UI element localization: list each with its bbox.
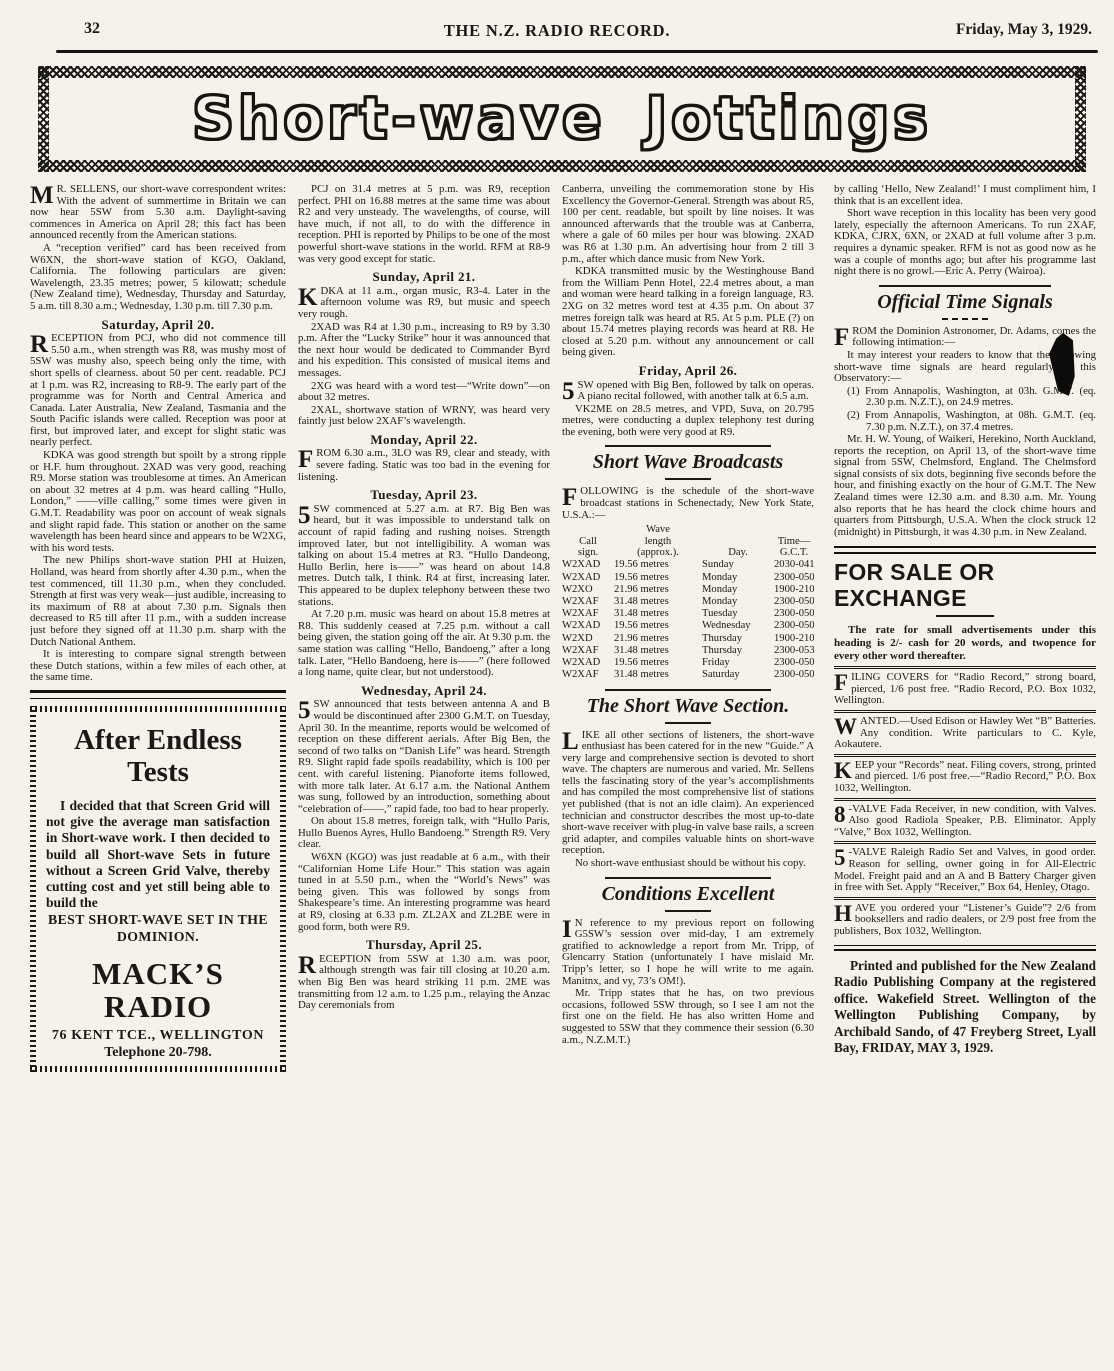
paragraph: RECEPTION from PCJ, who did not commence…: [30, 333, 286, 449]
paragraph: MR. SELLENS, our short-wave corresponden…: [30, 184, 286, 242]
table-cell: Sunday: [702, 559, 774, 571]
table-row: W2XAD19.56 metresSunday2030-0415: [562, 559, 814, 571]
section-rule-short: [665, 910, 711, 912]
page-title: Short-wave Jottings: [38, 84, 1086, 152]
paragraph-text: ECEPTION from PCJ, who did not commence …: [30, 332, 286, 448]
table-cell: Monday: [702, 584, 774, 596]
paragraph: 2XG was heard with a word test—“Write do…: [298, 381, 550, 404]
section-rule-long: [879, 285, 1052, 287]
drop-cap: 5: [562, 380, 578, 402]
table-cell: 2030-0415: [774, 559, 814, 571]
table-cell: 2300-0530: [774, 645, 814, 657]
drop-cap: K: [834, 760, 855, 780]
section-heading-block: Short Wave Broadcasts: [562, 445, 814, 480]
paragraph-text: OLLOWING is the schedule of the short-wa…: [562, 485, 814, 520]
paragraph: 5SW opened with Big Ben, followed by tal…: [562, 380, 814, 403]
section-rule-short: [665, 478, 711, 480]
table-cell: Thursday: [702, 645, 774, 657]
paragraph: A “reception verified” card has been rec…: [30, 243, 286, 313]
classified-ad: 5-VALVE Raleigh Radio Set and Valves, in…: [834, 841, 1096, 893]
table-cell: 2300-0500: [774, 620, 814, 632]
macks-radio-ad: After Endless Tests I decided that that …: [30, 706, 286, 1072]
drop-cap: H: [834, 903, 855, 923]
paragraph-text: R. SELLENS, our short-wave correspondent…: [30, 184, 286, 241]
table-cell: Monday: [702, 596, 774, 608]
zigzag-border-bottom: [38, 160, 1086, 172]
paragraph: KDKA was good strength but spoilt by a s…: [30, 450, 286, 554]
day-heading: Saturday, April 20.: [30, 319, 286, 331]
section-heading-block: Official Time Signals: [834, 285, 1096, 320]
classified-text: -VALVE Fada Receiver, in new condition, …: [834, 803, 1096, 838]
section-heading: Short Wave Broadcasts: [562, 450, 814, 474]
ad-slogan: BEST SHORT-WAVE SET IN THE DOMINION.: [46, 912, 270, 945]
column-3: Canberra, unveiling the commemoration st…: [562, 184, 814, 1370]
ad-body: I decided that that Screen Grid will not…: [46, 798, 270, 911]
table-cell: 31.48 metres: [614, 596, 702, 608]
table-cell: W2XO: [562, 584, 614, 596]
paragraph: W6XN (KGO) was just readable at 6 a.m., …: [298, 852, 550, 933]
newspaper-page: 32 THE N.Z. RADIO RECORD. Friday, May 3,…: [0, 0, 1114, 1371]
divider-rule: [30, 690, 286, 699]
day-heading: Thursday, April 25.: [298, 939, 550, 951]
paragraph: 5SW announced that tests between antenna…: [298, 699, 550, 815]
for-sale-sub-rule: [936, 615, 994, 617]
header-rule: [56, 50, 1098, 53]
column-1: MR. SELLENS, our short-wave corresponden…: [30, 184, 286, 1370]
table-cell: Saturday: [702, 669, 774, 681]
day-heading: Sunday, April 21.: [298, 271, 550, 283]
table-row: W2XAD19.56 metresWednesday2300-0500: [562, 620, 814, 632]
paragraph-text: SW announced that tests between antenna …: [298, 698, 550, 814]
paragraph-text: ROM 6.30 a.m., 3LO was R9, clear and ste…: [298, 447, 550, 482]
paragraph: VK2ME on 28.5 metres, and VPD, Suva, on …: [562, 404, 814, 439]
section-heading: Conditions Excellent: [562, 882, 814, 906]
section-rule-long: [605, 445, 771, 447]
classified-text: ANTED.—Used Edison or Hawley Wet “B” Bat…: [834, 715, 1096, 750]
classified-text: AVE you ordered your “Listener’s Guide”?…: [834, 902, 1096, 937]
table-cell: 2300-0500: [774, 657, 814, 669]
drop-cap: W: [834, 716, 860, 736]
classified-ad: 8-VALVE Fada Receiver, in new condition,…: [834, 798, 1096, 839]
section-heading: Official Time Signals: [834, 290, 1096, 314]
section-rule-long: [605, 877, 771, 879]
zigzag-border-top: [38, 66, 1086, 78]
classified-text: ILING COVERS for “Radio Record,” strong …: [834, 671, 1096, 706]
drop-cap: M: [30, 184, 57, 206]
paragraph: Mr. Tripp states that he has, on two pre…: [562, 988, 814, 1046]
paragraph: KDKA at 11 a.m., organ music, R3-4. Late…: [298, 286, 550, 321]
table-cell: 31.48 metres: [614, 608, 702, 620]
section-heading-block: Conditions Excellent: [562, 877, 814, 912]
table-cell: 21.96 metres: [614, 584, 702, 596]
table-cell: 1900-2100: [774, 584, 814, 596]
day-heading: Monday, April 22.: [298, 434, 550, 446]
shortwave-schedule-table: Call sign. Wave length (approx.). Day. T…: [562, 524, 814, 681]
paragraph: 5SW commenced at 5.27 a.m. at R7. Big Be…: [298, 504, 550, 608]
table-cell: 31.48 metres: [614, 645, 702, 657]
paragraph: by calling ‘Hello, New Zealand!’ I must …: [834, 184, 1096, 207]
classified-ad: KEEP your “Records” neat. Filing covers,…: [834, 754, 1096, 795]
ad-border-left: [30, 706, 36, 1072]
column-header: Time— G.C.T.: [774, 536, 814, 559]
ad-title: After Endless Tests: [46, 724, 270, 788]
column-header: Wave length (approx.).: [614, 524, 702, 558]
table-row: W2XAF31.48 metresSaturday2300-0500: [562, 669, 814, 681]
columns: MR. SELLENS, our short-wave corresponden…: [30, 184, 1096, 1370]
paragraph: IN reference to my previous report on fo…: [562, 918, 814, 988]
ad-border-top: [30, 706, 286, 712]
paragraph: 2XAD was R4 at 1.30 p.m., increasing to …: [298, 322, 550, 380]
table-cell: W2XAD: [562, 572, 614, 584]
paragraph: FOLLOWING is the schedule of the short-w…: [562, 486, 814, 521]
drop-cap: R: [30, 333, 51, 355]
table-cell: 19.56 metres: [614, 657, 702, 669]
section-rule-short: [942, 318, 988, 320]
paragraph: KDKA transmitted music by the Westinghou…: [562, 266, 814, 359]
paragraph: 2XAL, shortwave station of WRNY, was hea…: [298, 405, 550, 428]
classified-text: EEP your “Records” neat. Filing covers, …: [834, 759, 1096, 794]
classified-list: FILING COVERS for “Radio Record,” strong…: [834, 666, 1096, 937]
paragraph: RECEPTION from 5SW at 1.30 a.m. was poor…: [298, 954, 550, 1012]
drop-cap: R: [298, 954, 319, 976]
table-cell: W2XAF: [562, 669, 614, 681]
paragraph: FROM 6.30 a.m., 3LO was R9, clear and st…: [298, 448, 550, 483]
table-row: W2XAF31.48 metresTuesday2300-0500: [562, 608, 814, 620]
drop-cap: F: [298, 448, 316, 470]
column-header: Day.: [702, 547, 774, 558]
ad-border-bottom: [30, 1066, 286, 1072]
table-cell: W2XAD: [562, 559, 614, 571]
paragraph: At 7.20 p.m. music was heard on about 15…: [298, 609, 550, 679]
section-rule-short: [665, 722, 711, 724]
paragraph: Canberra, unveiling the commemoration st…: [562, 184, 814, 265]
table-cell: 2300-0500: [774, 669, 814, 681]
paragraph: The new Philips short-wave station PHI a…: [30, 555, 286, 648]
table-row: W2XAD19.56 metresFriday2300-0500: [562, 657, 814, 669]
table-row: W2XD21.96 metresThursday1900-2100: [562, 633, 814, 645]
paragraph: Short wave reception in this locality ha…: [834, 208, 1096, 278]
column-2: PCJ on 31.4 metres at 5 p.m. was R9, rec…: [298, 184, 550, 1370]
table-row: W2XAD19.56 metresMonday2300-0500: [562, 572, 814, 584]
paragraph: PCJ on 31.4 metres at 5 p.m. was R9, rec…: [298, 184, 550, 265]
table-row: W2XO21.96 metresMonday1900-2100: [562, 584, 814, 596]
table-row: W2XAF31.48 metresThursday2300-0530: [562, 645, 814, 657]
table-cell: W2XAF: [562, 608, 614, 620]
drop-cap: I: [562, 918, 575, 940]
section-rule-long: [605, 689, 771, 691]
table-cell: 2300-0500: [774, 596, 814, 608]
column-header: Call sign.: [562, 536, 614, 559]
classified-text: -VALVE Raleigh Radio Set and Valves, in …: [834, 846, 1096, 893]
drop-cap: 5: [298, 699, 314, 721]
section-heading-block: The Short Wave Section.: [562, 689, 814, 724]
paragraph-text: ECEPTION from 5SW at 1.30 a.m. was poor,…: [298, 953, 550, 1011]
table-cell: Wednesday: [702, 620, 774, 632]
title-banner: Short-wave Jottings: [38, 66, 1086, 172]
table-cell: W2XAF: [562, 645, 614, 657]
paragraph: Mr. H. W. Young, of Waikeri, Herekino, N…: [834, 434, 1096, 538]
shortwave-table-body: W2XAD19.56 metresSunday2030-0415W2XAD19.…: [562, 559, 814, 681]
table-cell: 19.56 metres: [614, 559, 702, 571]
paragraph-text: DKA at 11 a.m., organ music, R3-4. Later…: [298, 285, 550, 320]
table-cell: 21.96 metres: [614, 633, 702, 645]
table-cell: W2XAF: [562, 596, 614, 608]
day-heading: Wednesday, April 24.: [298, 685, 550, 697]
drop-cap: 5: [298, 504, 314, 526]
masthead: THE N.Z. RADIO RECORD.: [0, 21, 1114, 41]
time-signal-item: (2) From Annapolis, Washington, at 08h. …: [834, 410, 1096, 433]
drop-cap: F: [834, 326, 852, 348]
paragraph-text: SW commenced at 5.27 a.m. at R7. Big Ben…: [298, 503, 550, 608]
classified-ad: FILING COVERS for “Radio Record,” strong…: [834, 666, 1096, 707]
drop-cap: F: [562, 486, 580, 508]
for-sale-heading: FOR SALE OR EXCHANGE: [834, 559, 1096, 611]
ad-address: 76 KENT TCE., WELLINGTON: [46, 1027, 270, 1044]
classified-ad: WANTED.—Used Edison or Hawley Wet “B” Ba…: [834, 710, 1096, 751]
table-cell: W2XD: [562, 633, 614, 645]
classified-ad: HAVE you ordered your “Listener’s Guide”…: [834, 897, 1096, 938]
table-header-row: Call sign. Wave length (approx.). Day. T…: [562, 524, 814, 558]
section-heading: The Short Wave Section.: [562, 694, 814, 718]
paragraph: On about 15.8 metres, foreign talk, with…: [298, 816, 550, 851]
ad-phone: Telephone 20-798.: [46, 1044, 270, 1062]
drop-cap: L: [562, 730, 582, 752]
paragraph-text: IKE all other sections of listeners, the…: [562, 729, 814, 857]
table-cell: W2XAD: [562, 657, 614, 669]
table-cell: Thursday: [702, 633, 774, 645]
table-cell: Friday: [702, 657, 774, 669]
paragraph: It is interesting to compare signal stre…: [30, 649, 286, 684]
table-cell: 19.56 metres: [614, 572, 702, 584]
issue-date: Friday, May 3, 1929.: [956, 21, 1092, 39]
colophon: Printed and published for the New Zealan…: [834, 958, 1096, 1058]
ad-border-right: [280, 706, 286, 1072]
day-heading: Friday, April 26.: [562, 365, 814, 377]
for-sale-top-rule: [834, 546, 1096, 554]
for-sale-rate-note: The rate for small advertisements under …: [834, 624, 1096, 662]
table-cell: Monday: [702, 572, 774, 584]
table-row: W2XAF31.48 metresMonday2300-0500: [562, 596, 814, 608]
colophon-rule: [834, 945, 1096, 951]
paragraph-text: SW opened with Big Ben, followed by talk…: [578, 379, 815, 403]
table-cell: 1900-2100: [774, 633, 814, 645]
paragraph: LIKE all other sections of listeners, th…: [562, 730, 814, 858]
drop-cap: F: [834, 672, 851, 692]
time-signal-item: (1) From Annapolis, Washington, at 03h. …: [834, 386, 1096, 409]
table-cell: Tuesday: [702, 608, 774, 620]
day-heading: Tuesday, April 23.: [298, 489, 550, 501]
table-cell: 2300-0500: [774, 608, 814, 620]
paragraph: No short-wave enthusiast should be witho…: [562, 858, 814, 870]
table-cell: 2300-0500: [774, 572, 814, 584]
table-cell: 31.48 metres: [614, 669, 702, 681]
drop-cap: 5: [834, 847, 849, 867]
page-header: 32 THE N.Z. RADIO RECORD. Friday, May 3,…: [0, 20, 1114, 44]
table-cell: 19.56 metres: [614, 620, 702, 632]
paragraph-text: N reference to my previous report on fol…: [562, 917, 814, 987]
drop-cap: 8: [834, 804, 849, 824]
ad-brand: MACK’S RADIO: [46, 957, 270, 1023]
table-cell: W2XAD: [562, 620, 614, 632]
drop-cap: K: [298, 286, 320, 308]
